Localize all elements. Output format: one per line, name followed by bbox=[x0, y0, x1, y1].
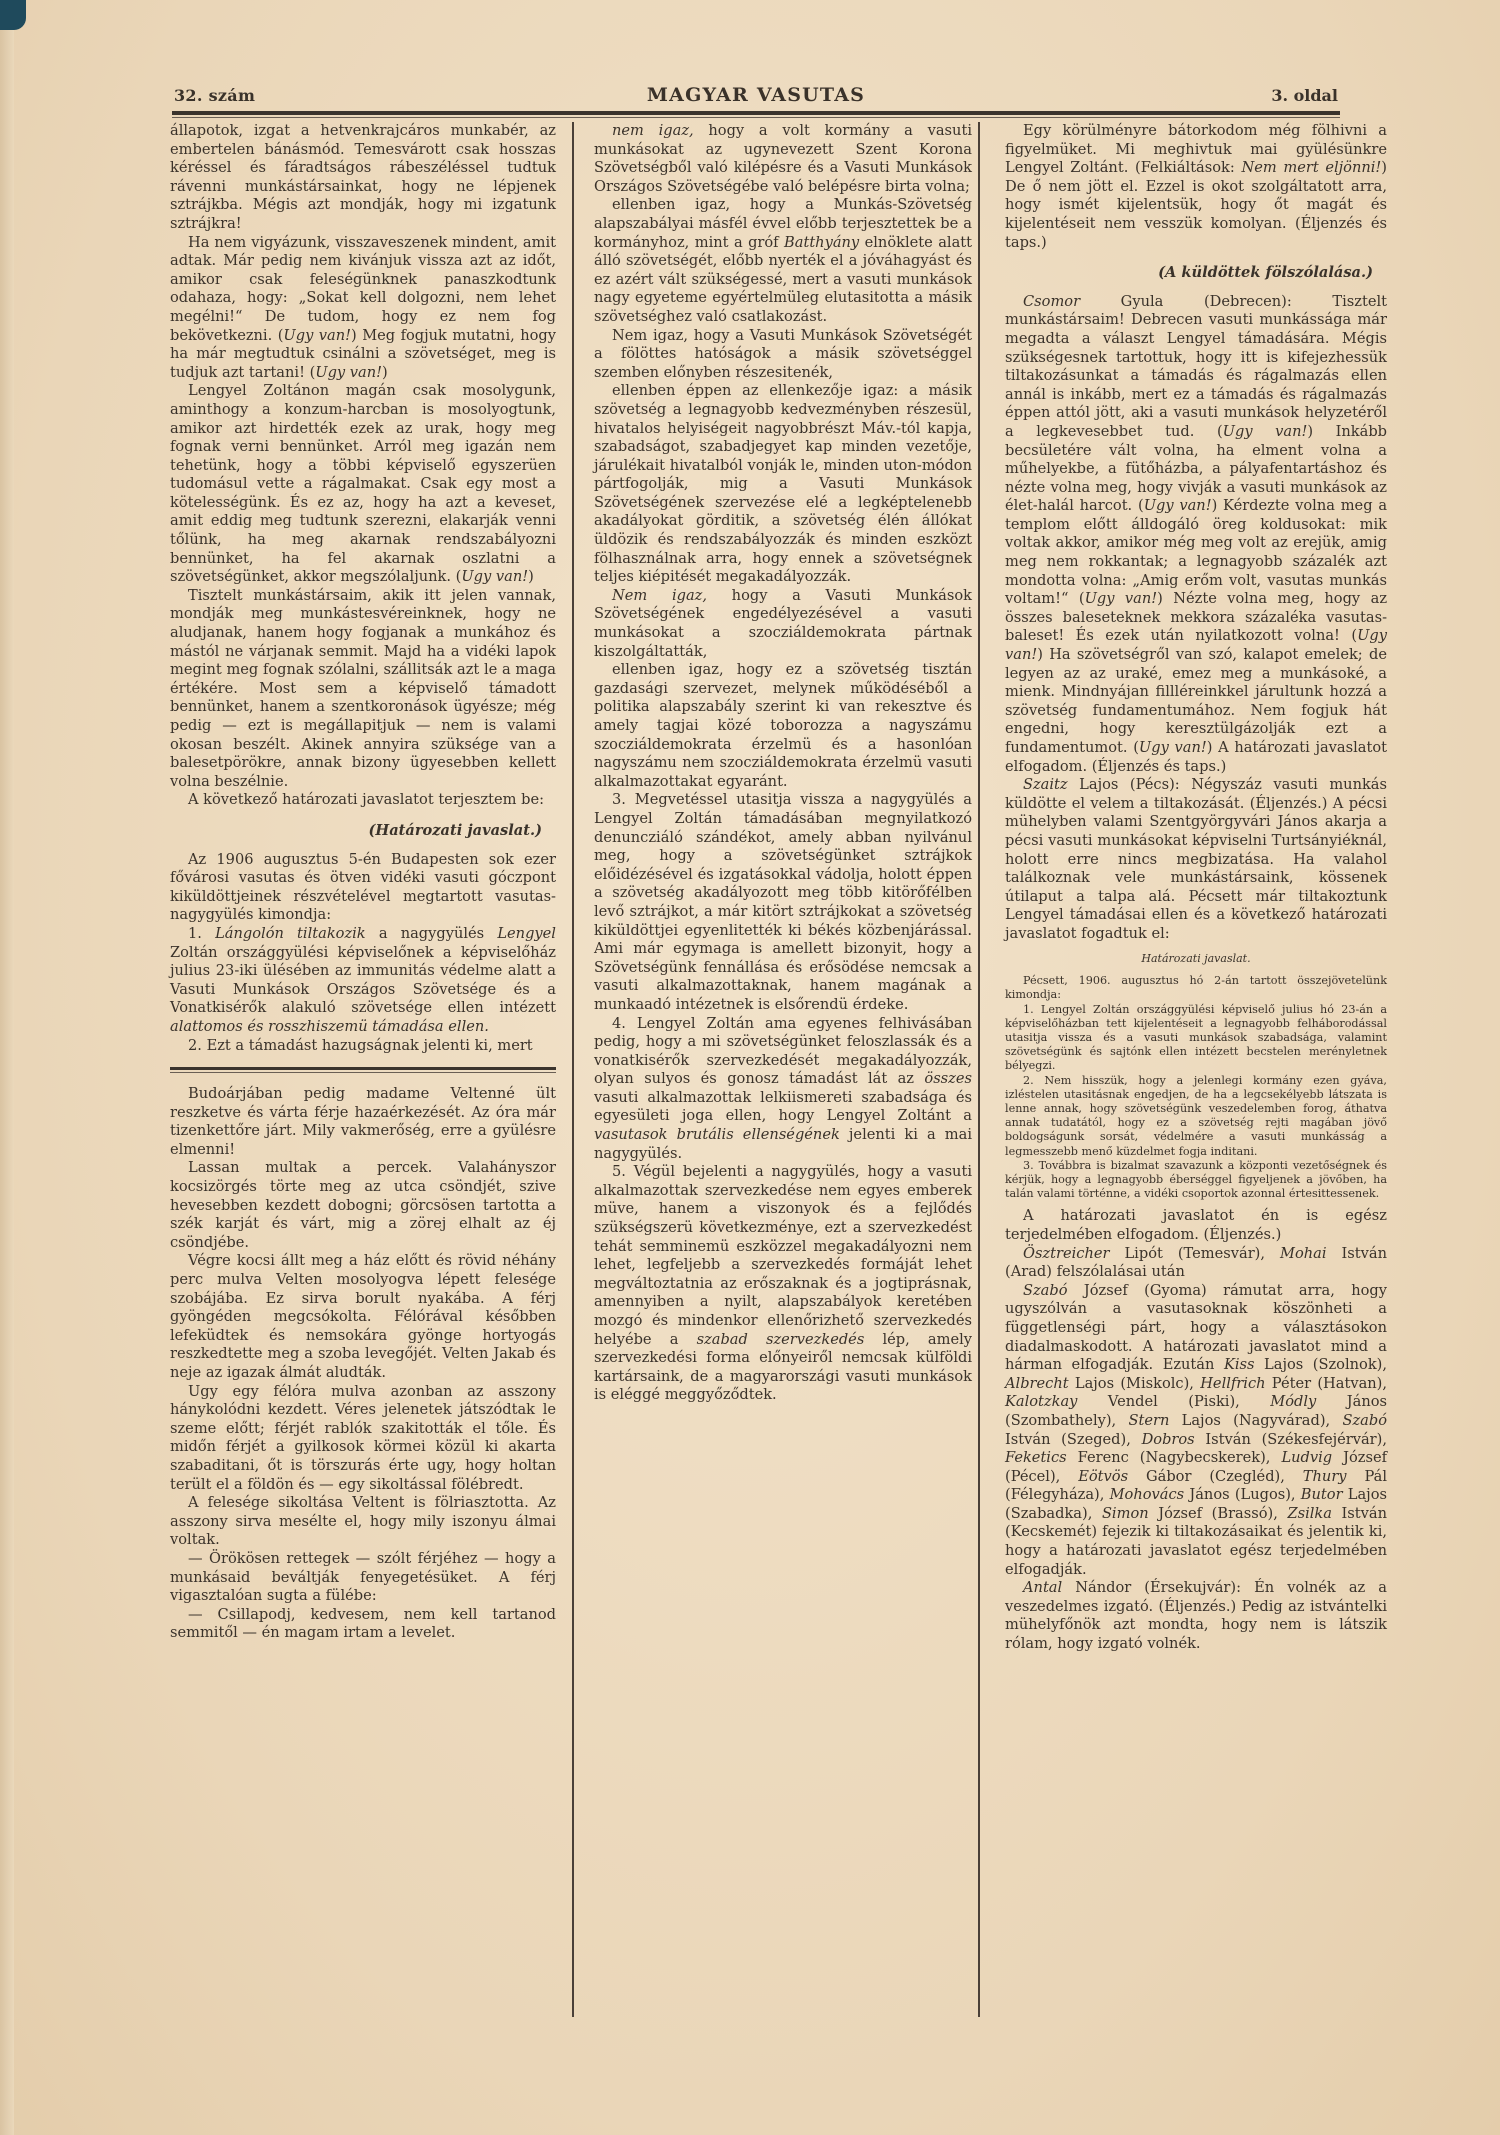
paragraph: 2. Nem hisszük, hogy a jelenlegi kormány… bbox=[1005, 1074, 1387, 1159]
paragraph: 5. Végül bejelenti a nagygyülés, hogy a … bbox=[594, 1163, 972, 1405]
story-paragraph: A felesége sikoltása Veltent is fölriasz… bbox=[170, 1494, 556, 1550]
column-divider bbox=[978, 122, 980, 2017]
story-separator-thin bbox=[170, 1072, 556, 1073]
paragraph: 3. Továbbra is bizalmat szavazunk a közp… bbox=[1005, 1159, 1387, 1202]
paragraph: nem igaz, hogy a volt kormány a vasuti m… bbox=[594, 122, 972, 196]
newspaper-title: MAGYAR VASUTAS bbox=[172, 84, 1340, 106]
paragraph: 2. Ezt a támadást hazugságnak jelenti ki… bbox=[170, 1037, 556, 1056]
story-paragraph: — Örökösen rettegek — szólt férjéhez — h… bbox=[170, 1550, 556, 1606]
header-rule-thin bbox=[172, 117, 1340, 118]
paragraph: A következő határozati javaslatot terjes… bbox=[170, 791, 556, 810]
story-paragraph: Budoárjában pedig madame Veltenné ült re… bbox=[170, 1085, 556, 1159]
page-binding-edge bbox=[0, 0, 14, 2135]
paragraph: 1. Lángolón tiltakozik a nagygyülés Leng… bbox=[170, 925, 556, 1037]
paragraph: Az 1906 augusztus 5-én Budapesten sok ez… bbox=[170, 851, 556, 925]
page-header: 32. szám MAGYAR VASUTAS 3. oldal bbox=[172, 86, 1340, 108]
story-separator bbox=[170, 1067, 556, 1070]
paragraph: ellenben igaz, hogy ez a szövetség tiszt… bbox=[594, 661, 972, 791]
story-paragraph: — Csillapodj, kedvesem, nem kell tartano… bbox=[170, 1606, 556, 1643]
paragraph: állapotok, izgat a hetvenkrajcáros munka… bbox=[170, 122, 556, 234]
paragraph: Nem igaz, hogy a Vasuti Munkások Szövets… bbox=[594, 587, 972, 661]
paragraph: Szaitz Lajos (Pécs): Négyszáz vasuti mun… bbox=[1005, 776, 1387, 943]
column-3: Egy körülményre bátorkodom még fölhivni … bbox=[1005, 122, 1387, 1654]
paragraph: ellenben éppen az ellenkezője igaz: a má… bbox=[594, 382, 972, 587]
paragraph: 4. Lengyel Zoltán ama egyenes felhivásáb… bbox=[594, 1015, 972, 1164]
section-heading: (A küldöttek fölszólalása.) bbox=[1005, 264, 1387, 283]
paragraph: Pécsett, 1906. augusztus hó 2-án tartott… bbox=[1005, 974, 1387, 1002]
paragraph: Ha nem vigyázunk, visszaveszenek mindent… bbox=[170, 234, 556, 383]
paragraph: Nem igaz, hogy a Vasuti Munkások Szövets… bbox=[594, 327, 972, 383]
paragraph: Tisztelt munkástársaim, akik itt jelen v… bbox=[170, 587, 556, 792]
section-heading: Határozati javaslat. bbox=[1005, 950, 1387, 969]
paragraph: ellenben igaz, hogy a Munkás-Szövetség a… bbox=[594, 196, 972, 326]
story-paragraph: Ugy egy félóra mulva azonban az asszony … bbox=[170, 1383, 556, 1495]
paragraph: Antal Nándor (Érsekujvár): Én volnék az … bbox=[1005, 1579, 1387, 1653]
story-paragraph: Lassan multak a percek. Valahányszor koc… bbox=[170, 1159, 556, 1252]
paragraph: Szabó József (Gyoma) rámutat arra, hogy … bbox=[1005, 1282, 1387, 1580]
column-1: állapotok, izgat a hetvenkrajcáros munka… bbox=[170, 122, 556, 1643]
column-2: nem igaz, hogy a volt kormány a vasuti m… bbox=[594, 122, 972, 1405]
paragraph: Ösztreicher Lipót (Temesvár), Mohai Istv… bbox=[1005, 1245, 1387, 1282]
paragraph: Csomor Gyula (Debrecen): Tisztelt munkás… bbox=[1005, 293, 1387, 776]
paragraph: 1. Lengyel Zoltán országgyülési képvisel… bbox=[1005, 1003, 1387, 1074]
section-heading: (Határozati javaslat.) bbox=[170, 822, 556, 841]
pecs-resolution: Pécsett, 1906. augusztus hó 2-án tartott… bbox=[1005, 974, 1387, 1201]
column-divider bbox=[572, 122, 574, 2017]
paragraph: A határozati javaslatot én is egész terj… bbox=[1005, 1207, 1387, 1244]
header-rule bbox=[172, 111, 1340, 115]
paragraph: 3. Megvetéssel utasitja vissza a nagygyü… bbox=[594, 791, 972, 1014]
binding-tab bbox=[0, 0, 26, 30]
page-number: 3. oldal bbox=[1271, 86, 1338, 105]
story-paragraph: Végre kocsi állt meg a ház előtt és rövi… bbox=[170, 1252, 556, 1382]
paragraph: Lengyel Zoltánon magán csak mosolygunk, … bbox=[170, 382, 556, 587]
paragraph: Egy körülményre bátorkodom még fölhivni … bbox=[1005, 122, 1387, 252]
